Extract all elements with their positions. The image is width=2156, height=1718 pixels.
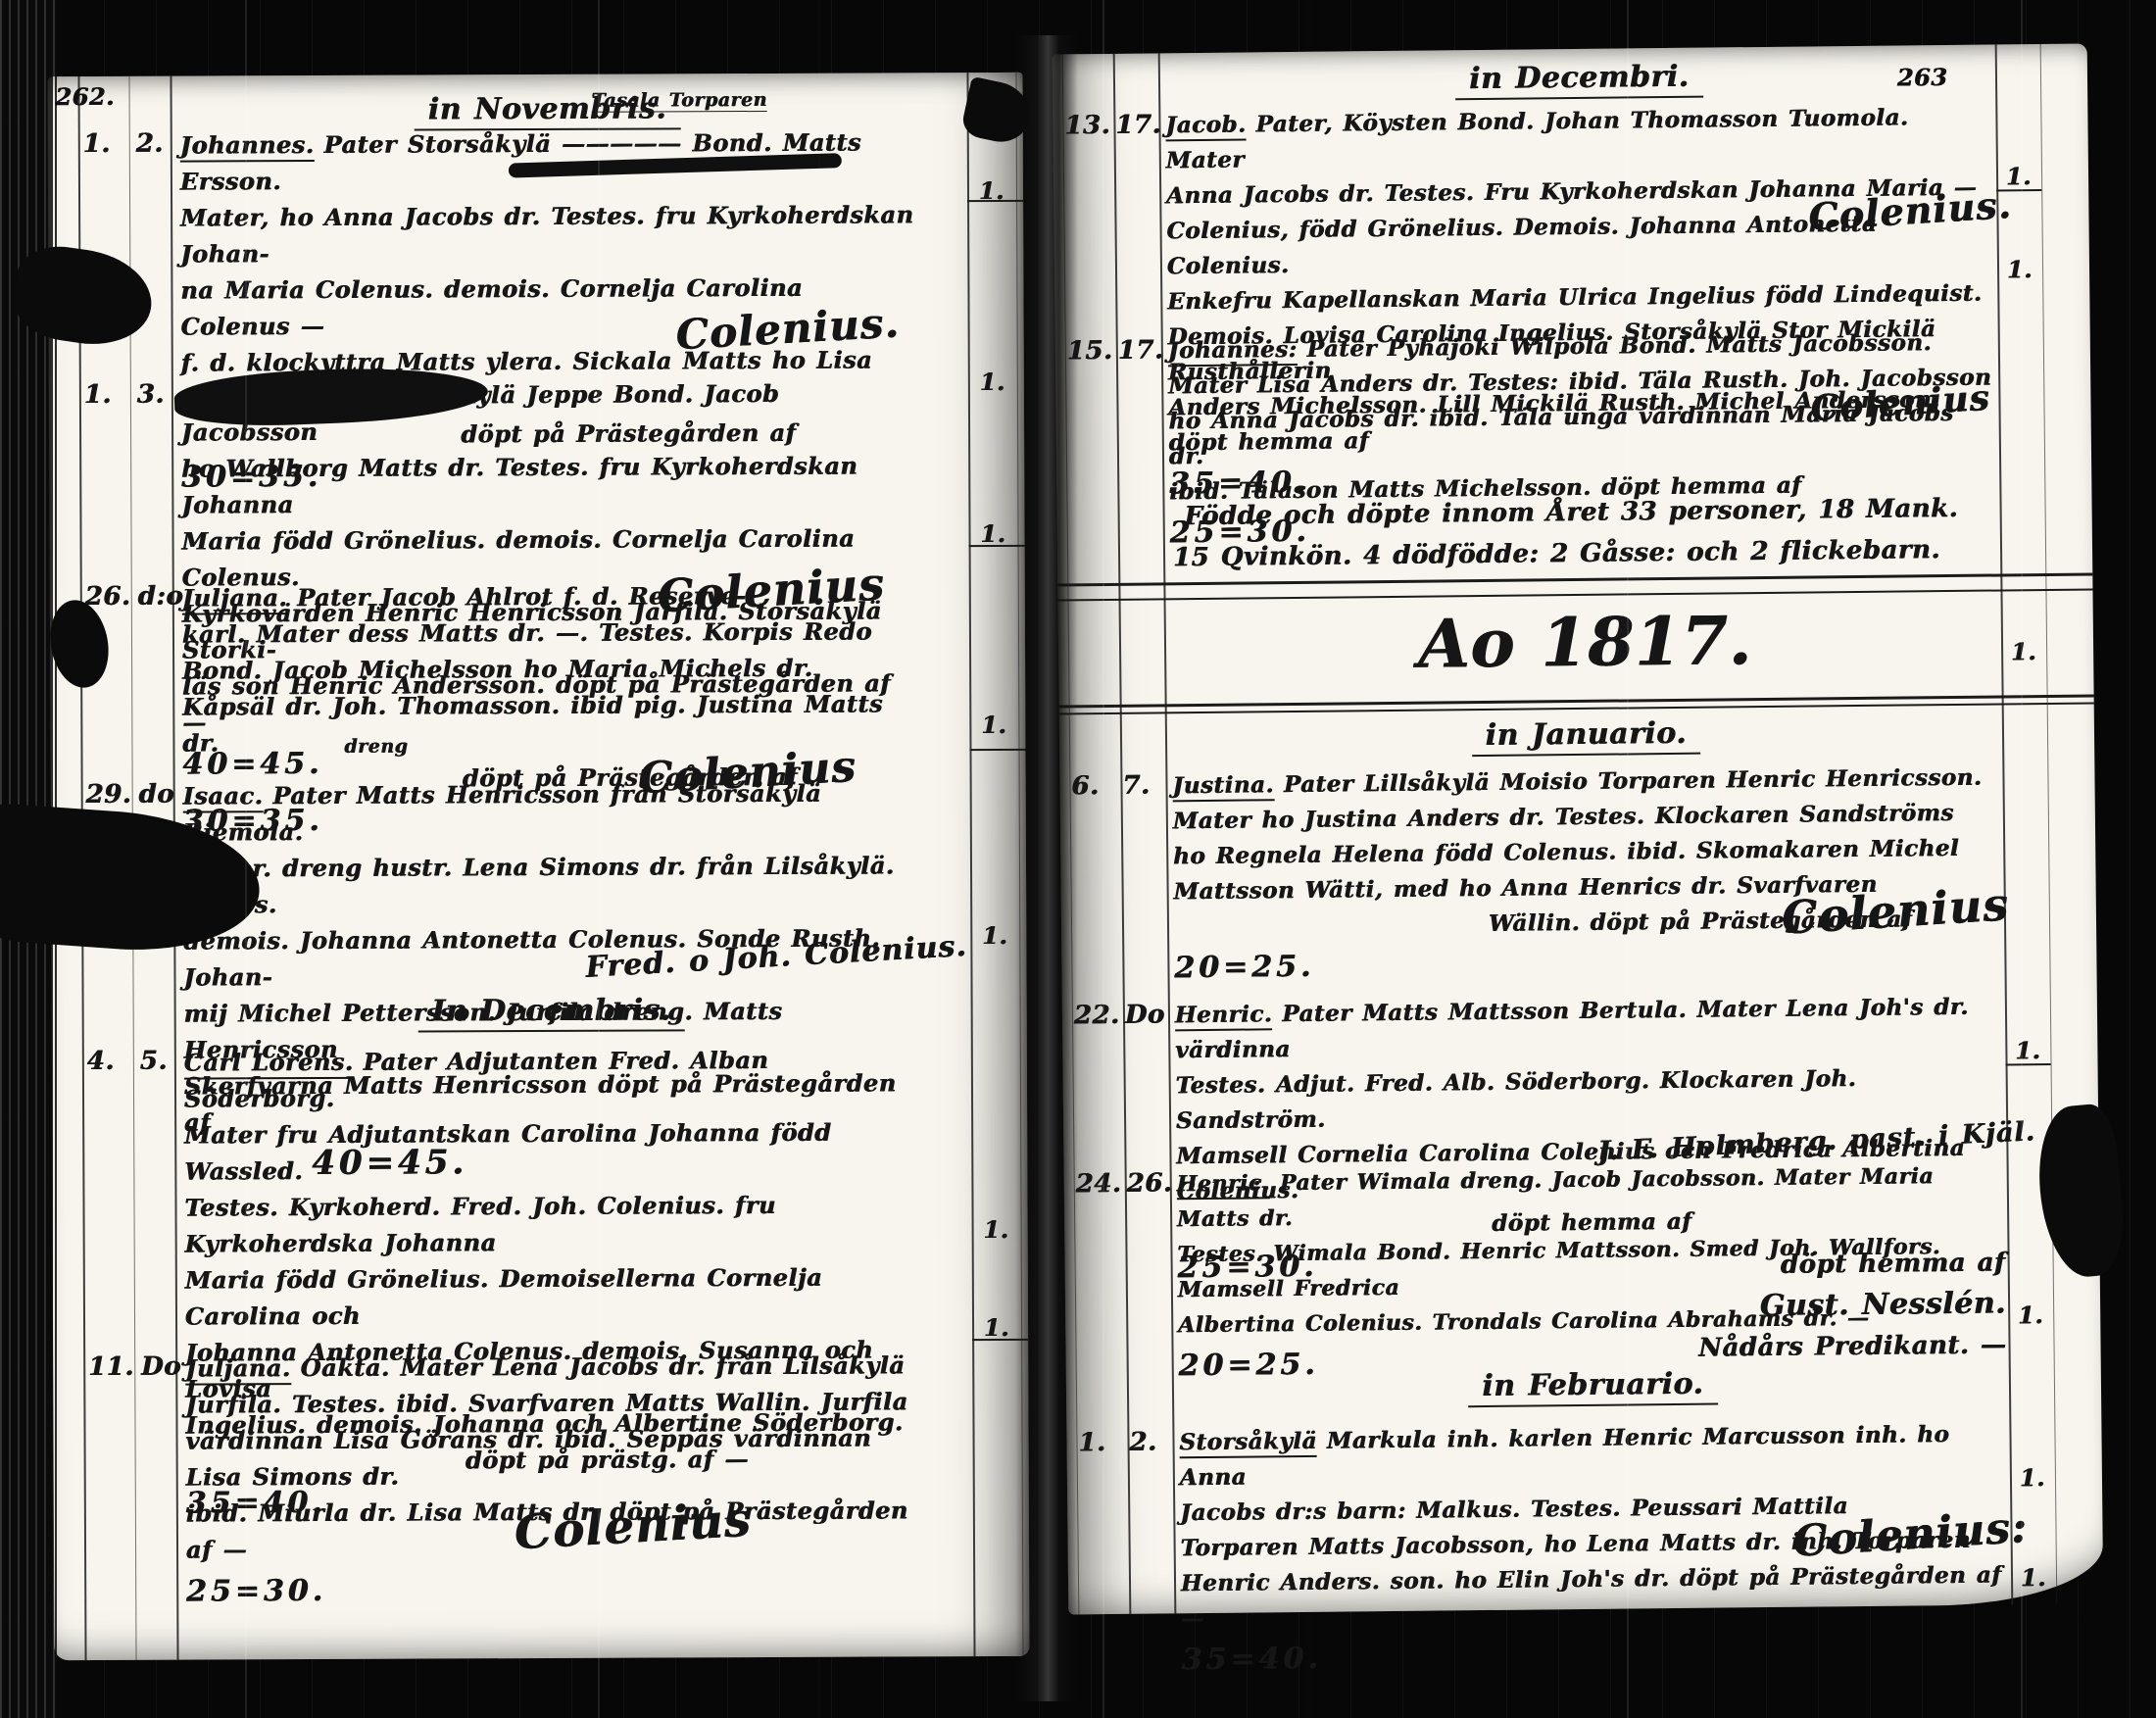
- microfilm-scan: 262. 1. 1. 1. 1. 1. 1. 1. in Novembris. …: [0, 0, 2156, 1718]
- film-scratch: [2129, 0, 2131, 1718]
- entry-line: Oäkta. Mater Lena Jacobs dr. från Lilsåk…: [301, 1350, 906, 1382]
- entry-line: ho Wallborg Matts dr. Testes. fru Kyrkoh…: [181, 447, 917, 522]
- section-rule: [1059, 694, 2094, 708]
- register-page-right: 263 1. 1. 1. 1. 1. 1. 1. in Decembri. 13…: [1053, 44, 2104, 1615]
- fee-amount: 20=25.: [1174, 942, 2002, 986]
- margin-mark: 1.: [984, 1313, 1009, 1342]
- entry-date-birth: 1.: [84, 380, 112, 410]
- entry-date-baptism: do: [139, 780, 175, 810]
- interlinear-note-tasala: Tasala Torparen: [592, 89, 768, 113]
- entry-line: Pater, Köysten Bond. Johan Thomasson Tuo…: [1166, 104, 1909, 173]
- margin-mark: 1.: [979, 176, 1004, 205]
- child-name: Jacob.: [1165, 112, 1247, 142]
- curate-signature: Gust. Nesslén.: [1634, 1283, 2006, 1328]
- entry-line: Mater. dreng hustr. Lena Simons dr. från…: [183, 847, 919, 922]
- fee-amount: 25=30.: [186, 1570, 922, 1609]
- column-rule: [966, 73, 975, 1656]
- baptism-entry: 11. Do Juljana.Oäkta. Mater Lena Jacobs …: [88, 1347, 922, 1610]
- margin-mark: 1.: [2011, 637, 2036, 665]
- margin-mark: 1.: [2020, 1463, 2045, 1492]
- child-name: Henric.: [1177, 1170, 1271, 1200]
- child-name: Juljana.: [182, 583, 288, 614]
- entry-line: Pater Matts Mattsson Bertula. Mater Lena…: [1175, 994, 1969, 1063]
- margin-mark: 1.: [2021, 1563, 2046, 1592]
- margin-mark: 1.: [2018, 1301, 2043, 1329]
- entry-date-baptism: d:o: [138, 582, 184, 612]
- entry-line: Pater Matts Henricsson från Storsåkylä R…: [183, 779, 822, 847]
- entry-date-baptism: 5.: [140, 1047, 168, 1076]
- margin-mark: 1.: [2007, 255, 2033, 283]
- entry-date-baptism: 17.: [1115, 110, 1161, 139]
- note-line: döpt hemma af: [1633, 1242, 2005, 1287]
- child-name: Johannes:: [1168, 336, 1298, 367]
- entry-date-baptism: Do: [141, 1352, 181, 1382]
- entry-date-baptism: 3.: [137, 380, 165, 410]
- child-name: Henric.: [1175, 1001, 1273, 1031]
- margin-mark: 1.: [980, 519, 1005, 548]
- child-name: Juljana.: [185, 1353, 291, 1385]
- entry-line: Bond. Jacob Michelsson ho Maria Michels …: [182, 649, 918, 688]
- year-header: Ao 1817.: [1171, 599, 2000, 686]
- entry-date-birth: 1.: [83, 129, 111, 159]
- note-line: Nådårs Predikant. —: [1634, 1324, 2006, 1369]
- book-gutter: [1015, 35, 1078, 1701]
- entry-date-birth: 11.: [88, 1352, 134, 1382]
- entry-line: Mater, ho Anna Jacobs dr. Testes. fru Ky…: [180, 196, 916, 271]
- entry-line: Testes. Kyrkoherd. Fred. Joh. Colenius. …: [184, 1186, 920, 1261]
- entry-date-baptism: 26.: [1127, 1168, 1173, 1198]
- month-header-november: in Novembris.: [180, 90, 915, 127]
- month-header-february: in Februario.: [1179, 1363, 2007, 1406]
- month-header-december-right: in Decembri.: [1165, 57, 1993, 100]
- entry-date-baptism: Do: [1125, 1000, 1165, 1029]
- entry-line: Pater Jacob Ahlrot f. d. Reserve-: [297, 581, 746, 612]
- interlinear-note-dreng: dreng: [344, 736, 408, 758]
- home-baptism-note-block: döpt hemma af Gust. Nesslén. Nådårs Pred…: [1633, 1242, 2006, 1369]
- entry-date-birth: 1.: [1078, 1428, 1105, 1457]
- entry-date-birth: 24.: [1076, 1169, 1122, 1199]
- entry-line: Pater Wimala dreng. Jacob Jacobsson. Mat…: [1177, 1163, 1934, 1232]
- entry-date-baptism: 2.: [136, 129, 164, 159]
- child-name: Carl Lorens.: [184, 1048, 354, 1080]
- child-name: Justina.: [1172, 771, 1274, 802]
- margin-mark: 1.: [980, 368, 1005, 396]
- month-header-december-left: In Decembris.: [184, 992, 919, 1029]
- annual-summary-line: 15 Qvinkön. 4 dödfödde: 2 Gåsse: och 2 f…: [1173, 529, 1986, 579]
- margin-mark: 1.: [984, 1215, 1009, 1244]
- entry-line: Maria född Grönelius. Demoisellerna Corn…: [185, 1258, 921, 1334]
- child-name: Isaac.: [183, 781, 264, 812]
- page-number-left: 262.: [56, 82, 116, 111]
- entry-line: Mater fru Adjutantskan Carolina Johanna …: [184, 1113, 920, 1189]
- entry-date-birth: 4.: [87, 1047, 115, 1076]
- entry-line: karl. Mater dess Matts dr. —. Testes. Ko…: [182, 613, 918, 652]
- entry-date-birth: 29.: [86, 780, 132, 810]
- page-number-right: 263: [1897, 63, 1948, 92]
- margin-mark: 1.: [981, 711, 1006, 739]
- entry-line: Henric Anders. son. ho Elin Joh's dr. dö…: [1181, 1557, 2010, 1637]
- entry-date-baptism: 17.: [1118, 335, 1164, 365]
- margin-mark: 1.: [982, 921, 1007, 950]
- entry-date-birth: 22.: [1074, 1001, 1120, 1030]
- entry-line: Jurfila. Testes. ibid. Svarfvaren Matts …: [185, 1383, 921, 1422]
- entry-date-baptism: 7.: [1122, 771, 1150, 801]
- child-name: Johannes.: [180, 130, 315, 163]
- village-name: Storsåkylä: [1179, 1428, 1317, 1458]
- entry-line: Pater Lillsåkylä Moisio Torparen Henric …: [1284, 764, 1983, 798]
- entry-line: Pater Pyhäjoki Wilpola Bond. Matts Jacob…: [1307, 329, 1933, 363]
- column-rule: [2040, 44, 2058, 1604]
- baptism-entry: 6. 7. Justina.Pater Lillsåkylä Moisio To…: [1071, 760, 2002, 987]
- entry-line: värdinnan Lisa Görans dr. ibid. Seppäs v…: [185, 1419, 921, 1495]
- margin-mark: 1.: [2015, 1036, 2040, 1064]
- fee-amount: 35=40.: [1182, 1634, 2010, 1678]
- entry-date-baptism: 2.: [1129, 1428, 1156, 1457]
- month-header-january: in Januario.: [1172, 712, 2000, 756]
